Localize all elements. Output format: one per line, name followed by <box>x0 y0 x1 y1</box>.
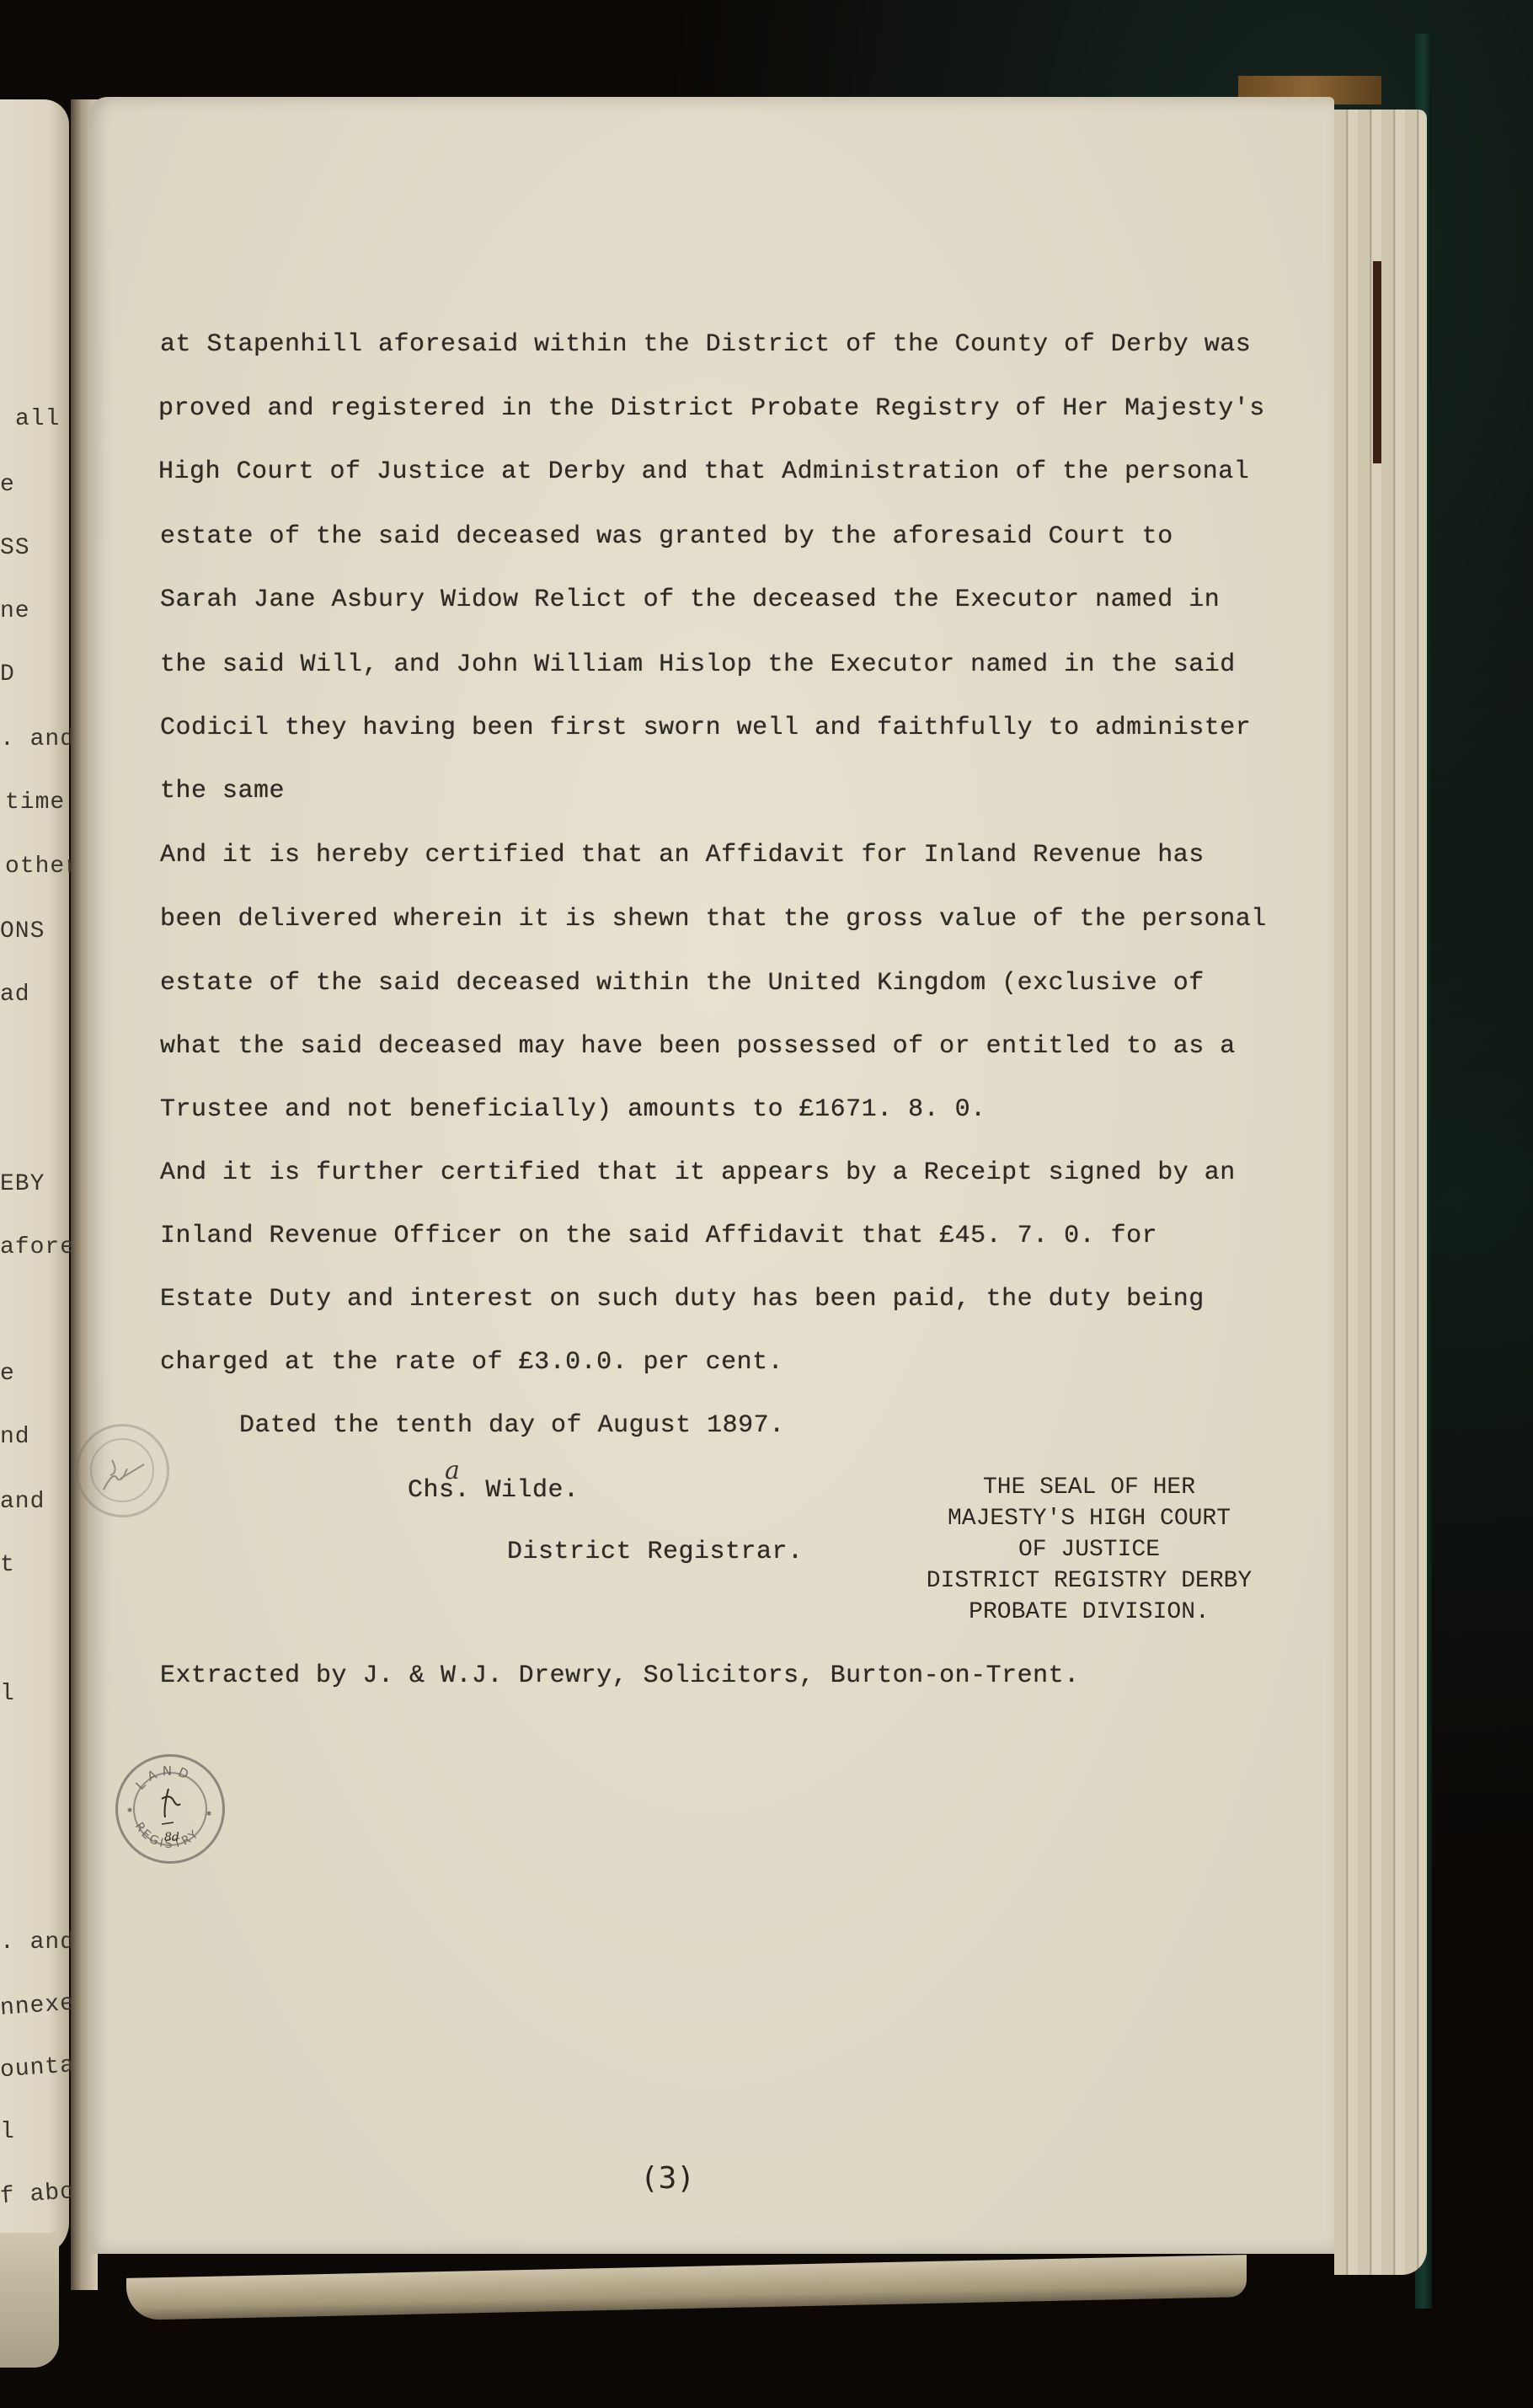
extracted-by-line: Extracted by J. & W.J. Drewry, Solicitor… <box>160 1662 1080 1690</box>
page-bottom-edge <box>126 2255 1247 2320</box>
body-line: estate of the said deceased within the U… <box>160 969 1204 998</box>
body-line: the same <box>160 777 285 805</box>
body-line-duty-paid: Inland Revenue Officer on the said Affid… <box>160 1222 1157 1250</box>
stamp-star-icon: ✱ <box>206 1810 211 1819</box>
body-line: estate of the said deceased was granted … <box>160 522 1173 551</box>
seal-text-line: MAJESTY'S HIGH COURT <box>870 1506 1308 1532</box>
left-page-fragment: ad <box>0 982 30 1008</box>
left-page-fragment: t <box>0 1552 15 1578</box>
seal-text-line: DISTRICT REGISTRY DERBY <box>870 1568 1308 1594</box>
body-line: been delivered wherein it is shewn that … <box>160 905 1267 934</box>
left-page-fragment: l <box>0 2119 15 2145</box>
stamp-top-text: LAND <box>132 1763 195 1793</box>
body-line: And it is hereby certified that an Affid… <box>160 841 1204 870</box>
left-page-fragment: . and <box>0 726 75 752</box>
left-page-fragment: nd <box>0 1424 30 1450</box>
body-line: High Court of Justice at Derby and that … <box>158 458 1249 486</box>
body-line: at Stapenhill aforesaid within the Distr… <box>160 330 1251 359</box>
faint-registry-stamp <box>76 1424 169 1517</box>
body-line: And it is further certified that it appe… <box>160 1159 1236 1187</box>
seal-text-line: THE SEAL OF HER <box>870 1474 1308 1501</box>
body-line: the said Will, and John William Hislop t… <box>160 650 1236 679</box>
body-line-duty-rate: charged at the rate of £3.0.0. per cent. <box>160 1348 783 1377</box>
left-page-fragment: e <box>0 472 15 498</box>
stamp-number: 8d <box>164 1831 179 1844</box>
body-line: Codicil they having been first sworn wel… <box>160 714 1251 742</box>
stamp-initials-scrawl <box>162 1789 180 1817</box>
left-page-fragment: l <box>0 1681 15 1707</box>
left-page-fragment: SS <box>0 535 30 561</box>
left-page-fragment: EBY <box>0 1171 45 1197</box>
left-page-fragment: time <box>5 789 65 816</box>
signature-name: Chs. Wilde. <box>408 1476 580 1505</box>
left-page-fragment: all <box>15 406 60 432</box>
left-page-fragment: D <box>0 661 15 688</box>
land-registry-stamp: LAND REGISTRY ✱ ✱ 8d <box>115 1754 225 1864</box>
left-page-fragment: ONS <box>0 918 45 944</box>
dated-line: Dated the tenth day of August 1897. <box>239 1411 785 1440</box>
left-page-fragment: and <box>0 1489 45 1515</box>
left-page-fragment: other <box>5 854 80 880</box>
page-number: (3) <box>640 2161 695 2196</box>
svg-text:LAND: LAND <box>132 1763 195 1793</box>
body-line: Sarah Jane Asbury Widow Relict of the de… <box>160 586 1220 614</box>
body-line: proved and registered in the District Pr… <box>158 394 1265 423</box>
body-line: Estate Duty and interest on such duty ha… <box>160 1285 1204 1314</box>
body-line-gross-value: Trustee and not beneficially) amounts to… <box>160 1095 986 1124</box>
body-line: what the said deceased may have been pos… <box>160 1032 1236 1061</box>
seal-text-line: OF JUSTICE <box>870 1537 1308 1563</box>
signature-scrawl-icon <box>78 1426 167 1515</box>
left-page-fragment: . and <box>0 1929 75 1956</box>
signature-title: District Registrar. <box>507 1538 804 1566</box>
seal-text-line: PROBATE DIVISION. <box>870 1599 1308 1625</box>
stamp-star-icon: ✱ <box>127 1806 132 1816</box>
left-page-fragment: ne <box>0 598 30 624</box>
page-stack-tab <box>1373 261 1381 463</box>
left-page-fragment: e <box>0 1361 15 1387</box>
left-page-bottom-edge <box>0 2233 59 2368</box>
